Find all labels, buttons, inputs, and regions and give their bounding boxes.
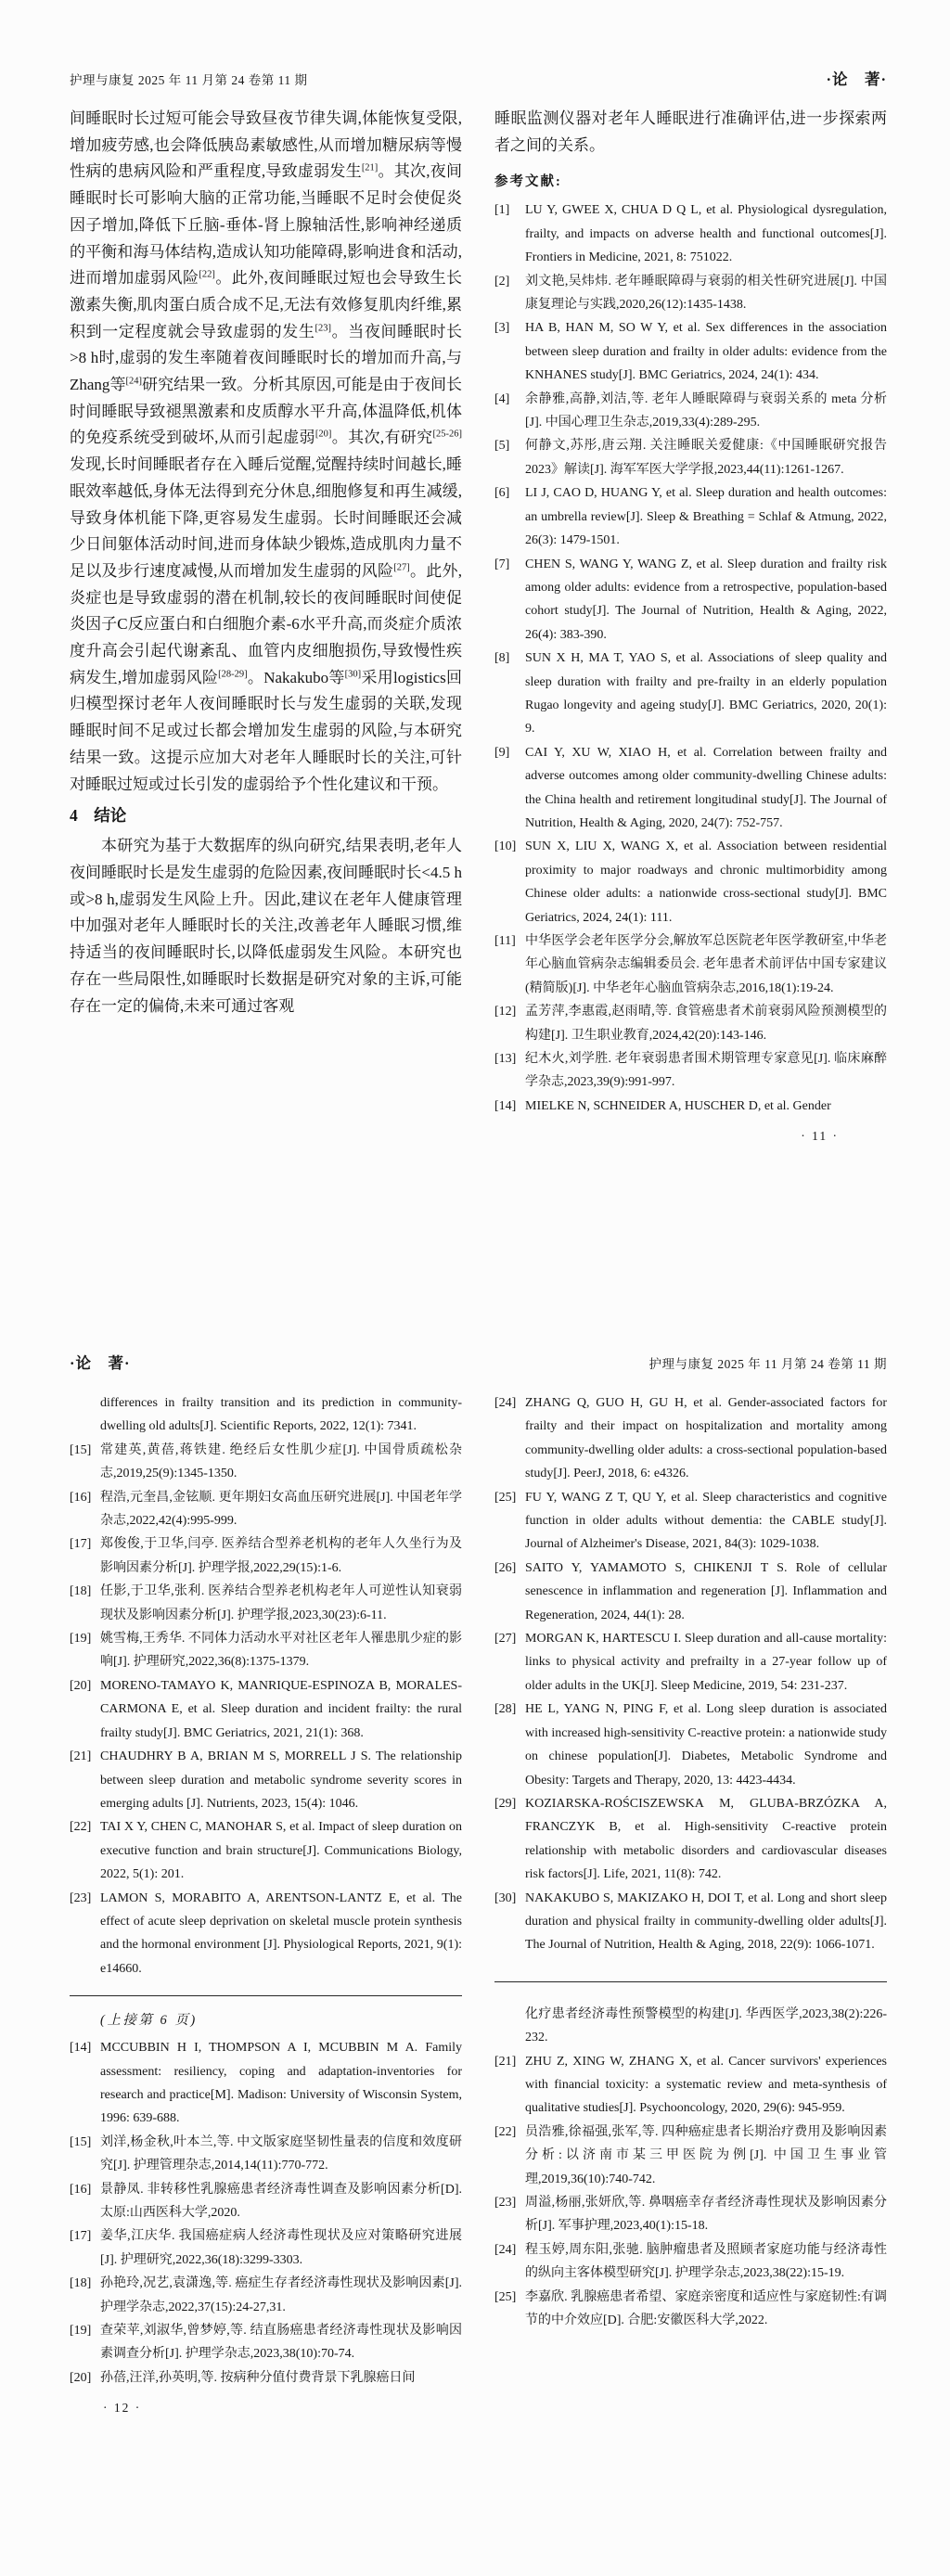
- reference-text: TAI X Y, CHEN C, MANOHAR S, et al. Impac…: [100, 1820, 462, 1881]
- reference-text: ZHANG Q, GUO H, GU H, et al. Gender-asso…: [525, 1396, 887, 1480]
- reference-item: [10]SUN X, LIU X, WANG X, et al. Associa…: [494, 835, 887, 929]
- reference-text: CHAUDHRY B A, BRIAN M S, MORRELL J S. Th…: [100, 1749, 462, 1811]
- reference-text: 查荣苹,刘淑华,曾梦婷,等. 结直肠癌患者经济毒性现状及影响因素调查分析[J].…: [100, 2324, 462, 2361]
- page1-left-column: 间睡眠时长过短可能会导致昼夜节律失调,体能恢复受限,增加疲劳感,也会降低胰岛素敏…: [70, 106, 462, 1144]
- reference-text: 姚雪梅,王秀华. 不同体力活动水平对社区老年人罹患肌少症的影响[J]. 护理研究…: [100, 1632, 462, 1669]
- reference-item: [4]余静雅,高静,刘洁,等. 老年人睡眠障碍与衰弱关系的 meta 分析[J]…: [494, 388, 887, 435]
- reference-item: [22]员浩雅,徐福强,张军,等. 四种癌症患者长期治疗费用及影响因素分析:以济…: [494, 2121, 887, 2191]
- reference-item: [21]ZHU Z, XING W, ZHANG X, et al. Cance…: [494, 2050, 887, 2121]
- reference-text: 员浩雅,徐福强,张军,等. 四种癌症患者长期治疗费用及影响因素分析:以济南市某三…: [525, 2125, 887, 2186]
- citation-superscript: [27]: [393, 562, 410, 572]
- discussion-paragraph-continued: 睡眠监测仪器对老年人睡眠进行准确评估,进一步探索两者之间的关系。: [494, 106, 887, 159]
- page1-body: 间睡眠时长过短可能会导致昼夜节律失调,体能恢复受限,增加疲劳感,也会降低胰岛素敏…: [70, 106, 887, 1144]
- article-type-mark: ·论 著·: [826, 67, 887, 89]
- reference-text: 余静雅,高静,刘洁,等. 老年人睡眠障碍与衰弱关系的 meta 分析[J]. 中…: [525, 392, 887, 429]
- reference-item: [17]郑俊俊,于卫华,闫亭. 医养结合型养老机构的老年人久坐行为及影响因素分析…: [70, 1532, 462, 1580]
- reference-number: [16]: [70, 1486, 91, 1509]
- reference-item: [25]FU Y, WANG Z T, QU Y, et al. Sleep c…: [494, 1486, 887, 1557]
- page2-right-column: [24]ZHANG Q, GUO H, GU H, et al. Gender-…: [494, 1391, 887, 2416]
- references-title: 参考文献:: [494, 171, 887, 190]
- reference-item: [23]LAMON S, MORABITO A, ARENTSON-LANTZ …: [70, 1887, 462, 1981]
- reference-text: CAI Y, XU W, XIAO H, et al. Correlation …: [525, 746, 887, 830]
- reference-number: [14]: [494, 1095, 516, 1118]
- journal-masthead: 护理与康复 2025 年 11 月第 24 卷第 11 期: [649, 1353, 888, 1372]
- reference-number: [4]: [494, 388, 509, 411]
- reference-text: MCCUBBIN H I, THOMPSON A I, MCUBBIN M A.…: [100, 2041, 462, 2125]
- reference-number: [23]: [494, 2191, 516, 2214]
- reference-text: HE L, YANG N, PING F, et al. Long sleep …: [525, 1702, 887, 1787]
- citation-superscript: [21]: [362, 163, 379, 173]
- reference-item: [27]MORGAN K, HARTESCU I. Sleep duration…: [494, 1627, 887, 1698]
- reference-item: [11]中华医学会老年医学分会,解放军总医院老年医学教研室,中华老年心脑血管病杂…: [494, 929, 887, 1000]
- reference-item: [2]刘文艳,吴炜炜. 老年睡眠障碍与衰弱的相关性研究进展[J]. 中国康复理论…: [494, 270, 887, 317]
- reference-number: [18]: [70, 2272, 91, 2295]
- reference-text: MORGAN K, HARTESCU I. Sleep duration and…: [525, 1632, 887, 1693]
- references-list-15-23: [15]常建英,黄蓓,蒋铁建. 绝经后女性肌少症[J]. 中国骨质疏松杂志,20…: [70, 1439, 462, 1980]
- reference-text: 孙艳玲,况艺,袁潇逸,等. 癌症生存者经济毒性现状及影响因素[J]. 护理学杂志…: [100, 2276, 462, 2313]
- conclusion-paragraph: 本研究为基于大数据库的纵向研究,结果表明,老年人夜间睡眠时长是发生虚弱的危险因素…: [70, 833, 462, 1019]
- reference-text: 纪木火,刘学胜. 老年衰弱患者围术期管理专家意见[J]. 临床麻醉学杂志,202…: [525, 1052, 887, 1089]
- reference-number: [24]: [494, 2238, 516, 2262]
- reference-14-continuation: differences in frailty transition and it…: [70, 1391, 462, 1439]
- reference-text: 李嘉欣. 乳腺癌患者希望、家庭亲密度和适应性与家庭韧性:有调节的中介效应[D].…: [525, 2290, 887, 2327]
- reference-number: [1]: [494, 199, 509, 222]
- reference-number: [24]: [494, 1391, 516, 1415]
- reference-number: [16]: [70, 2178, 91, 2201]
- reference-item: [29]KOZIARSKA-ROŚCISZEWSKA M, GLUBA-BRZÓ…: [494, 1792, 887, 1887]
- reference-number: [15]: [70, 1439, 91, 1462]
- reference-number: [25]: [494, 2286, 516, 2309]
- discussion-paragraph: 间睡眠时长过短可能会导致昼夜节律失调,体能恢复受限,增加疲劳感,也会降低胰岛素敏…: [70, 106, 462, 798]
- reference-item: [26]SAITO Y, YAMAMOTO S, CHIKENJI T S. R…: [494, 1557, 887, 1627]
- reference-item: [19]姚雪梅,王秀华. 不同体力活动水平对社区老年人罹患肌少症的影响[J]. …: [70, 1627, 462, 1674]
- references-list-1-14: [1]LU Y, GWEE X, CHUA D Q L, et al. Phys…: [494, 199, 887, 1118]
- citation-superscript: [25-26]: [433, 429, 463, 440]
- continued-from-page-6-note: (上接第 6 页): [70, 2009, 462, 2029]
- reference-text: LAMON S, MORABITO A, ARENTSON-LANTZ E, e…: [100, 1891, 462, 1976]
- citation-superscript: [22]: [199, 270, 215, 280]
- references-list-24-30: [24]ZHANG Q, GUO H, GU H, et al. Gender-…: [494, 1391, 887, 1957]
- page-number-12: · 12 ·: [70, 2401, 462, 2416]
- reference-text: 中华医学会老年医学分会,解放军总医院老年医学教研室,中华老年心脑血管病杂志编辑委…: [525, 934, 887, 995]
- page1-right-column: 睡眠监测仪器对老年人睡眠进行准确评估,进一步探索两者之间的关系。 参考文献: […: [494, 106, 887, 1144]
- section-separator-line: [70, 1995, 462, 1996]
- reference-text: CHEN S, WANG Y, WANG Z, et al. Sleep dur…: [525, 557, 887, 642]
- continued-references-list-21-25: [21]ZHU Z, XING W, ZHANG X, et al. Cance…: [494, 2050, 887, 2333]
- reference-number: [15]: [70, 2131, 91, 2154]
- section-separator-line: [494, 1981, 887, 1982]
- reference-item: [1]LU Y, GWEE X, CHUA D Q L, et al. Phys…: [494, 199, 887, 269]
- reference-item: [28]HE L, YANG N, PING F, et al. Long sl…: [494, 1698, 887, 1792]
- citation-superscript: [23]: [315, 323, 331, 333]
- reference-number: [8]: [494, 647, 509, 670]
- reference-item: [7]CHEN S, WANG Y, WANG Z, et al. Sleep …: [494, 553, 887, 647]
- reference-number: [19]: [70, 1627, 91, 1650]
- reference-number: [2]: [494, 270, 509, 293]
- reference-text: 景静凤. 非转移性乳腺癌患者经济毒性调查及影响因素分析[D]. 太原:山西医科大…: [100, 2183, 462, 2220]
- article-type-mark: ·论 著·: [70, 1351, 131, 1373]
- reference-number: [11]: [494, 929, 516, 953]
- reference-item: [14]MIELKE N, SCHNEIDER A, HUSCHER D, et…: [494, 1095, 887, 1118]
- citation-superscript: [28-29]: [218, 669, 248, 679]
- reference-number: [9]: [494, 741, 509, 764]
- reference-text: FU Y, WANG Z T, QU Y, et al. Sleep chara…: [525, 1491, 887, 1552]
- reference-text: 程浩,元奎昌,金铉顺. 更年期妇女高血压研究进展[J]. 中国老年学杂志,202…: [100, 1491, 462, 1528]
- reference-item: [30]NAKAKUBO S, MAKIZAKO H, DOI T, et al…: [494, 1887, 887, 1957]
- citation-superscript: [24]: [126, 376, 143, 386]
- reference-number: [13]: [494, 1047, 516, 1070]
- reference-number: [10]: [494, 835, 516, 858]
- reference-text: LU Y, GWEE X, CHUA D Q L, et al. Physiol…: [525, 203, 887, 264]
- reference-number: [3]: [494, 316, 509, 340]
- reference-text: MIELKE N, SCHNEIDER A, HUSCHER D, et al.…: [525, 1099, 831, 1113]
- reference-text: 刘文艳,吴炜炜. 老年睡眠障碍与衰弱的相关性研究进展[J]. 中国康复理论与实践…: [525, 275, 887, 312]
- reference-number: [21]: [494, 2050, 516, 2073]
- page1-running-header: 护理与康复 2025 年 11 月第 24 卷第 11 期 ·论 著·: [70, 67, 887, 89]
- reference-text: 孙蓓,汪洋,孙英明,等. 按病种分值付费背景下乳腺癌日间: [100, 2371, 416, 2385]
- citation-superscript: [20]: [315, 429, 332, 440]
- reference-number: [25]: [494, 1486, 516, 1509]
- reference-text: 程玉婷,周东阳,张驰. 脑肿瘤患者及照顾者家庭功能与经济毒性的纵向主客体模型研究…: [525, 2243, 887, 2280]
- page-number-11: · 11 ·: [494, 1129, 887, 1144]
- reference-text: ZHU Z, XING W, ZHANG X, et al. Cancer su…: [525, 2055, 887, 2116]
- reference-number: [22]: [70, 1815, 91, 1839]
- reference-item: [24]ZHANG Q, GUO H, GU H, et al. Gender-…: [494, 1391, 887, 1486]
- reference-number: [27]: [494, 1627, 516, 1650]
- reference-number: [17]: [70, 1532, 91, 1556]
- continued-references-list-14-20: [14]MCCUBBIN H I, THOMPSON A I, MCUBBIN …: [70, 2036, 462, 2390]
- reference-text: MORENO-TAMAYO K, MANRIQUE-ESPINOZA B, MO…: [100, 1679, 462, 1740]
- reference-number: [18]: [70, 1580, 91, 1603]
- reference-20-continuation: 化疗患者经济毒性预警模型的构建[J]. 华西医学,2023,38(2):226-…: [494, 2003, 887, 2050]
- reference-item: [17]姜华,江庆华. 我国癌症病人经济毒性现状及应对策略研究进展[J]. 护理…: [70, 2224, 462, 2272]
- reference-text: 何静文,苏彤,唐云翔. 关注睡眠关爱健康:《中国睡眠研究报告 2023》解读[J…: [525, 439, 887, 476]
- reference-text: 刘洋,杨金秋,叶本兰,等. 中文版家庭坚韧性量表的信度和效度研究[J]. 护理管…: [100, 2135, 462, 2172]
- reference-number: [29]: [494, 1792, 516, 1815]
- reference-number: [20]: [70, 2366, 91, 2390]
- reference-number: [28]: [494, 1698, 516, 1721]
- reference-item: [22]TAI X Y, CHEN C, MANOHAR S, et al. I…: [70, 1815, 462, 1886]
- reference-item: [23]周溢,杨丽,张妍欣,等. 鼻咽癌幸存者经济毒性现状及影响因素分析[J].…: [494, 2191, 887, 2238]
- reference-item: [14]MCCUBBIN H I, THOMPSON A I, MCUBBIN …: [70, 2036, 462, 2131]
- reference-text: 常建英,黄蓓,蒋铁建. 绝经后女性肌少症[J]. 中国骨质疏松杂志,2019,2…: [100, 1443, 462, 1480]
- reference-item: [13]纪木火,刘学胜. 老年衰弱患者围术期管理专家意见[J]. 临床麻醉学杂志…: [494, 1047, 887, 1095]
- reference-item: [16]程浩,元奎昌,金铉顺. 更年期妇女高血压研究进展[J]. 中国老年学杂志…: [70, 1486, 462, 1533]
- reference-number: [30]: [494, 1887, 516, 1910]
- reference-item: [3]HA B, HAN M, SO W Y, et al. Sex diffe…: [494, 316, 887, 387]
- reference-item: [21]CHAUDHRY B A, BRIAN M S, MORRELL J S…: [70, 1745, 462, 1815]
- reference-number: [17]: [70, 2224, 91, 2248]
- reference-text: SUN X, LIU X, WANG X, et al. Association…: [525, 839, 887, 924]
- reference-number: [20]: [70, 1674, 91, 1698]
- reference-item: [16]景静凤. 非转移性乳腺癌患者经济毒性调查及影响因素分析[D]. 太原:山…: [70, 2178, 462, 2225]
- reference-item: [18]孙艳玲,况艺,袁潇逸,等. 癌症生存者经济毒性现状及影响因素[J]. 护…: [70, 2272, 462, 2319]
- reference-number: [21]: [70, 1745, 91, 1768]
- page2-left-column: differences in frailty transition and it…: [70, 1391, 462, 2416]
- reference-number: [6]: [494, 481, 509, 505]
- citation-superscript: [30]: [345, 669, 362, 679]
- reference-item: [20]孙蓓,汪洋,孙英明,等. 按病种分值付费背景下乳腺癌日间: [70, 2366, 462, 2390]
- page2-running-header: ·论 著· 护理与康复 2025 年 11 月第 24 卷第 11 期: [70, 1351, 887, 1373]
- reference-text: HA B, HAN M, SO W Y, et al. Sex differen…: [525, 321, 887, 382]
- reference-number: [23]: [70, 1887, 91, 1910]
- reference-text: 任影,于卫华,张利. 医养结合型养老机构老年人可逆性认知衰弱现状及影响因素分析[…: [100, 1584, 462, 1621]
- reference-text: 周溢,杨丽,张妍欣,等. 鼻咽癌幸存者经济毒性现状及影响因素分析[J]. 军事护…: [525, 2196, 887, 2233]
- reference-number: [12]: [494, 1000, 516, 1023]
- reference-number: [19]: [70, 2319, 91, 2342]
- reference-text: KOZIARSKA-ROŚCISZEWSKA M, GLUBA-BRZÓZKA …: [525, 1797, 887, 1881]
- reference-item: [15]常建英,黄蓓,蒋铁建. 绝经后女性肌少症[J]. 中国骨质疏松杂志,20…: [70, 1439, 462, 1486]
- reference-item: [15]刘洋,杨金秋,叶本兰,等. 中文版家庭坚韧性量表的信度和效度研究[J].…: [70, 2131, 462, 2178]
- reference-text: 郑俊俊,于卫华,闫亭. 医养结合型养老机构的老年人久坐行为及影响因素分析[J].…: [100, 1537, 462, 1574]
- section-heading-conclusion: 4 结论: [70, 803, 462, 827]
- reference-item: [19]查荣苹,刘淑华,曾梦婷,等. 结直肠癌患者经济毒性现状及影响因素调查分析…: [70, 2319, 462, 2366]
- reference-text: 孟芳萍,李惠霞,赵雨晴,等. 食管癌患者术前衰弱风险预测模型的构建[J]. 卫生…: [525, 1005, 887, 1042]
- page2-body: differences in frailty transition and it…: [70, 1391, 887, 2416]
- reference-number: [22]: [494, 2121, 516, 2144]
- reference-text: NAKAKUBO S, MAKIZAKO H, DOI T, et al. Lo…: [525, 1891, 887, 1953]
- reference-item: [20]MORENO-TAMAYO K, MANRIQUE-ESPINOZA B…: [70, 1674, 462, 1745]
- journal-masthead: 护理与康复 2025 年 11 月第 24 卷第 11 期: [70, 70, 308, 88]
- reference-item: [5]何静文,苏彤,唐云翔. 关注睡眠关爱健康:《中国睡眠研究报告 2023》解…: [494, 434, 887, 481]
- reference-number: [5]: [494, 434, 509, 457]
- reference-item: [12]孟芳萍,李惠霞,赵雨晴,等. 食管癌患者术前衰弱风险预测模型的构建[J]…: [494, 1000, 887, 1047]
- reference-item: [24]程玉婷,周东阳,张驰. 脑肿瘤患者及照顾者家庭功能与经济毒性的纵向主客体…: [494, 2238, 887, 2286]
- reference-item: [9]CAI Y, XU W, XIAO H, et al. Correlati…: [494, 741, 887, 836]
- reference-text: SAITO Y, YAMAMOTO S, CHIKENJI T S. Role …: [525, 1561, 887, 1622]
- reference-item: [25]李嘉欣. 乳腺癌患者希望、家庭亲密度和适应性与家庭韧性:有调节的中介效应…: [494, 2286, 887, 2333]
- reference-text: SUN X H, MA T, YAO S, et al. Association…: [525, 651, 887, 736]
- reference-number: [14]: [70, 2036, 91, 2059]
- reference-text: 姜华,江庆华. 我国癌症病人经济毒性现状及应对策略研究进展[J]. 护理研究,2…: [100, 2229, 462, 2266]
- reference-item: [8]SUN X H, MA T, YAO S, et al. Associat…: [494, 647, 887, 741]
- reference-text: LI J, CAO D, HUANG Y, et al. Sleep durat…: [525, 486, 887, 547]
- reference-number: [26]: [494, 1557, 516, 1580]
- reference-item: [6]LI J, CAO D, HUANG Y, et al. Sleep du…: [494, 481, 887, 552]
- reference-item: [18]任影,于卫华,张利. 医养结合型养老机构老年人可逆性认知衰弱现状及影响因…: [70, 1580, 462, 1627]
- reference-number: [7]: [494, 553, 509, 576]
